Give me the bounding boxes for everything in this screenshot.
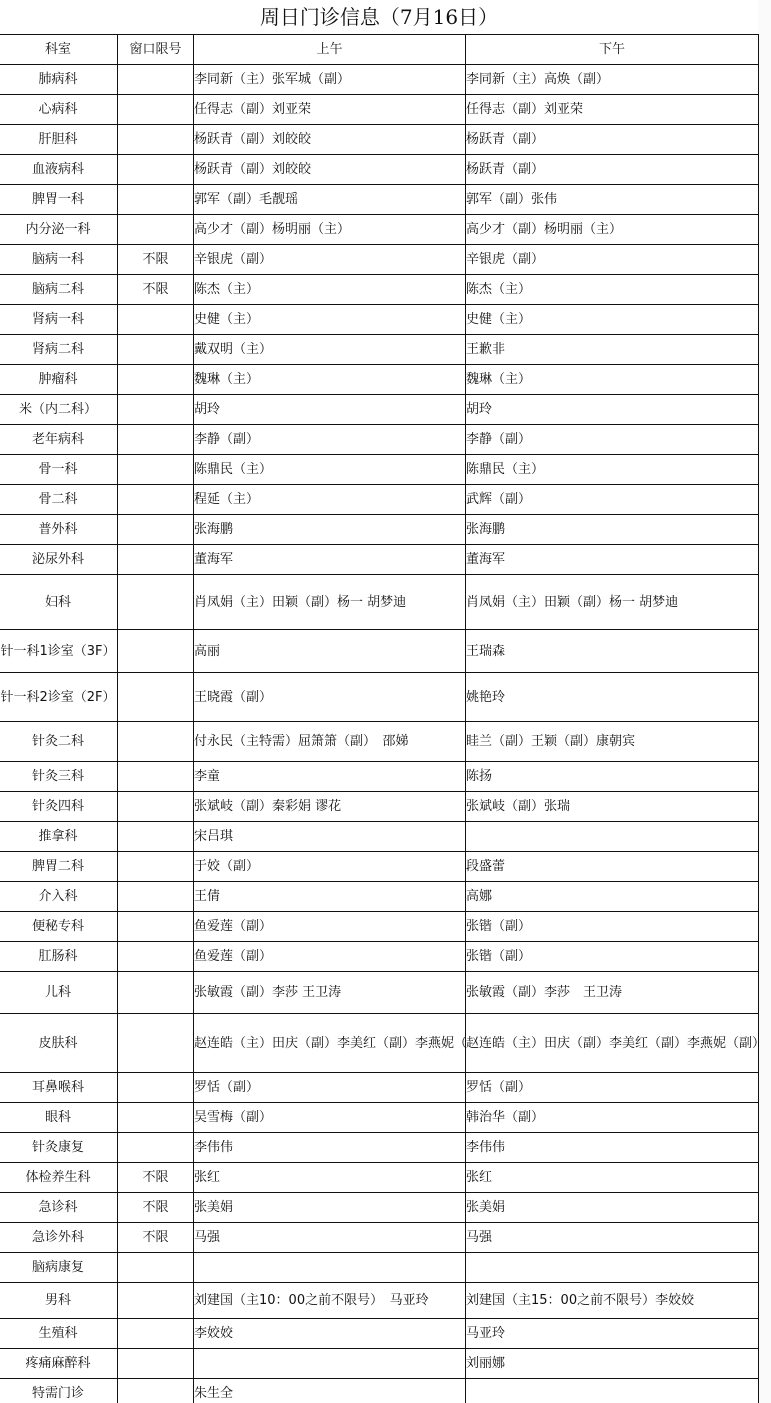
header-morning: 上午: [194, 35, 466, 65]
table-row: 普外科张海鹏张海鹏: [0, 515, 759, 545]
window-limit-cell: [118, 882, 194, 912]
afternoon-doctors-cell: 韩治华（副）: [466, 1103, 759, 1133]
morning-doctors-cell: 朱生全: [194, 1379, 466, 1403]
window-limit-cell: [118, 1283, 194, 1319]
department-cell: 疼痛麻醉科: [0, 1349, 118, 1379]
page-title: 周日门诊信息（7月16日）: [0, 0, 758, 34]
header-window-limit: 窗口限号: [118, 35, 194, 65]
department-cell: 生殖科: [0, 1319, 118, 1349]
department-cell: 老年病科: [0, 425, 118, 455]
department-cell: 肾病一科: [0, 305, 118, 335]
afternoon-doctors-cell: 王瑞森: [466, 630, 759, 673]
afternoon-doctors-cell: 张美娟: [466, 1193, 759, 1223]
table-row: 针灸康复李伟伟李伟伟: [0, 1133, 759, 1163]
afternoon-doctors-cell: [466, 822, 759, 852]
table-row: 脑病康复: [0, 1253, 759, 1283]
department-cell: 血液病科: [0, 155, 118, 185]
department-cell: 米（内二科）: [0, 395, 118, 425]
table-row: 急诊科不限张美娟张美娟: [0, 1193, 759, 1223]
morning-doctors-cell: 高丽: [194, 630, 466, 673]
table-row: 肺病科李同新（主）张军城（副）李同新（主）高焕（副）: [0, 65, 759, 95]
morning-doctors-cell: 于姣（副）: [194, 852, 466, 882]
table-row: 泌尿外科董海军董海军: [0, 545, 759, 575]
afternoon-doctors-cell: 赵连皓（主）田庆（副）李美红（副）李燕妮（副）李晓强（副）: [466, 1014, 759, 1073]
afternoon-doctors-cell: 辛银虎（副）: [466, 245, 759, 275]
window-limit-cell: [118, 425, 194, 455]
department-cell: 肛肠科: [0, 942, 118, 972]
window-limit-cell: 不限: [118, 245, 194, 275]
window-limit-cell: [118, 912, 194, 942]
table-row: 妇科肖凤娟（主）田颖（副）杨一 胡梦迪肖凤娟（主）田颖（副）杨一 胡梦迪: [0, 575, 759, 630]
department-cell: 脑病康复: [0, 1253, 118, 1283]
department-cell: 男科: [0, 1283, 118, 1319]
department-cell: 特需门诊: [0, 1379, 118, 1403]
morning-doctors-cell: 李伟伟: [194, 1133, 466, 1163]
department-cell: 针灸四科: [0, 792, 118, 822]
window-limit-cell: [118, 365, 194, 395]
afternoon-doctors-cell: 魏琳（主）: [466, 365, 759, 395]
department-cell: 心病科: [0, 95, 118, 125]
window-limit-cell: [118, 630, 194, 673]
afternoon-doctors-cell: 王歉非: [466, 335, 759, 365]
table-row: 针一科2诊室（2F）王晓霞（副）姚艳玲: [0, 673, 759, 722]
department-cell: 普外科: [0, 515, 118, 545]
department-cell: 耳鼻喉科: [0, 1073, 118, 1103]
department-cell: 肺病科: [0, 65, 118, 95]
table-row: 内分泌一科高少才（副）杨明丽（主）高少才（副）杨明丽（主）: [0, 215, 759, 245]
department-cell: 介入科: [0, 882, 118, 912]
morning-doctors-cell: 董海军: [194, 545, 466, 575]
afternoon-doctors-cell: 杨跃青（副）: [466, 155, 759, 185]
afternoon-doctors-cell: [466, 1379, 759, 1403]
window-limit-cell: [118, 65, 194, 95]
table-row: 针一科1诊室（3F）高丽王瑞森: [0, 630, 759, 673]
table-row: 针灸二科付永民（主特需）屈箫箫（副） 邵娣眭兰（副）王颖（副）康朝宾: [0, 722, 759, 762]
department-cell: 肿瘤科: [0, 365, 118, 395]
afternoon-doctors-cell: [466, 1253, 759, 1283]
morning-doctors-cell: 鱼爱莲（副）: [194, 942, 466, 972]
department-cell: 内分泌一科: [0, 215, 118, 245]
table-row: 皮肤科赵连皓（主）田庆（副）李美红（副）李燕妮（副）李晓强（副） 邢梦赵连皓（主…: [0, 1014, 759, 1073]
table-row: 针灸四科张斌岐（副）秦彩娟 谬花张斌岐（副）张瑞: [0, 792, 759, 822]
table-row: 生殖科李姣姣马亚玲: [0, 1319, 759, 1349]
window-limit-cell: [118, 1349, 194, 1379]
afternoon-doctors-cell: 杨跃青（副）: [466, 125, 759, 155]
afternoon-doctors-cell: 史健（主）: [466, 305, 759, 335]
table-row: 便秘专科鱼爱莲（副）张锴（副）: [0, 912, 759, 942]
afternoon-doctors-cell: 武辉（副）: [466, 485, 759, 515]
department-cell: 针灸二科: [0, 722, 118, 762]
department-cell: 针灸三科: [0, 762, 118, 792]
window-limit-cell: [118, 972, 194, 1014]
department-cell: 急诊外科: [0, 1223, 118, 1253]
afternoon-doctors-cell: 任得志（副）刘亚荣: [466, 95, 759, 125]
morning-doctors-cell: 张美娟: [194, 1193, 466, 1223]
morning-doctors-cell: 郭军（副）毛靓瑶: [194, 185, 466, 215]
morning-doctors-cell: 陈杰（主）: [194, 275, 466, 305]
morning-doctors-cell: 赵连皓（主）田庆（副）李美红（副）李燕妮（副）李晓强（副） 邢梦: [194, 1014, 466, 1073]
morning-doctors-cell: 魏琳（主）: [194, 365, 466, 395]
afternoon-doctors-cell: 高娜: [466, 882, 759, 912]
afternoon-doctors-cell: 马强: [466, 1223, 759, 1253]
table-row: 推拿科宋吕琪: [0, 822, 759, 852]
morning-doctors-cell: 李童: [194, 762, 466, 792]
morning-doctors-cell: 李同新（主）张军城（副）: [194, 65, 466, 95]
table-row: 脾胃二科于姣（副）段盛蕾: [0, 852, 759, 882]
afternoon-doctors-cell: 张海鹏: [466, 515, 759, 545]
window-limit-cell: [118, 1103, 194, 1133]
afternoon-doctors-cell: 姚艳玲: [466, 673, 759, 722]
window-limit-cell: [118, 792, 194, 822]
afternoon-doctors-cell: 段盛蕾: [466, 852, 759, 882]
morning-doctors-cell: 马强: [194, 1223, 466, 1253]
morning-doctors-cell: 罗恬（副）: [194, 1073, 466, 1103]
window-limit-cell: [118, 762, 194, 792]
header-afternoon: 下午: [466, 35, 759, 65]
morning-doctors-cell: 辛银虎（副）: [194, 245, 466, 275]
window-limit-cell: [118, 1014, 194, 1073]
window-limit-cell: [118, 673, 194, 722]
table-row: 血液病科杨跃青（副）刘皎皎杨跃青（副）: [0, 155, 759, 185]
department-cell: 骨一科: [0, 455, 118, 485]
table-row: 眼科吴雪梅（副）韩治华（副）: [0, 1103, 759, 1133]
table-row: 骨二科程延（主）武辉（副）: [0, 485, 759, 515]
window-limit-cell: [118, 95, 194, 125]
table-row: 脑病一科不限辛银虎（副）辛银虎（副）: [0, 245, 759, 275]
morning-doctors-cell: 李姣姣: [194, 1319, 466, 1349]
window-limit-cell: 不限: [118, 1223, 194, 1253]
afternoon-doctors-cell: 胡玲: [466, 395, 759, 425]
header-dept: 科室: [0, 35, 118, 65]
afternoon-doctors-cell: 李静（副）: [466, 425, 759, 455]
afternoon-doctors-cell: 郭军（副）张伟: [466, 185, 759, 215]
window-limit-cell: [118, 942, 194, 972]
afternoon-doctors-cell: 罗恬（副）: [466, 1073, 759, 1103]
morning-doctors-cell: [194, 1253, 466, 1283]
morning-doctors-cell: 戴双明（主）: [194, 335, 466, 365]
page-margin: [758, 0, 771, 1403]
morning-doctors-cell: 史健（主）: [194, 305, 466, 335]
window-limit-cell: [118, 395, 194, 425]
window-limit-cell: [118, 485, 194, 515]
afternoon-doctors-cell: 张锴（副）: [466, 912, 759, 942]
morning-doctors-cell: 张斌岐（副）秦彩娟 谬花: [194, 792, 466, 822]
department-cell: 针灸康复: [0, 1133, 118, 1163]
afternoon-doctors-cell: 李伟伟: [466, 1133, 759, 1163]
table-row: 疼痛麻醉科刘丽娜: [0, 1349, 759, 1379]
table-row: 肾病二科戴双明（主）王歉非: [0, 335, 759, 365]
department-cell: 推拿科: [0, 822, 118, 852]
afternoon-doctors-cell: 陈鼎民（主）: [466, 455, 759, 485]
department-cell: 骨二科: [0, 485, 118, 515]
afternoon-doctors-cell: 张斌岐（副）张瑞: [466, 792, 759, 822]
morning-doctors-cell: 王倩: [194, 882, 466, 912]
afternoon-doctors-cell: 眭兰（副）王颖（副）康朝宾: [466, 722, 759, 762]
window-limit-cell: [118, 1253, 194, 1283]
department-cell: 脑病二科: [0, 275, 118, 305]
morning-doctors-cell: 吴雪梅（副）: [194, 1103, 466, 1133]
morning-doctors-cell: 高少才（副）杨明丽（主）: [194, 215, 466, 245]
table-row: 肛肠科鱼爱莲（副）张锴（副）: [0, 942, 759, 972]
window-limit-cell: [118, 215, 194, 245]
window-limit-cell: [118, 305, 194, 335]
table-row: 心病科任得志（副）刘亚荣任得志（副）刘亚荣: [0, 95, 759, 125]
window-limit-cell: [118, 455, 194, 485]
table-row: 肝胆科杨跃青（副）刘皎皎杨跃青（副）: [0, 125, 759, 155]
morning-doctors-cell: 任得志（副）刘亚荣: [194, 95, 466, 125]
morning-doctors-cell: 张敏霞（副）李莎 王卫涛: [194, 972, 466, 1014]
department-cell: 便秘专科: [0, 912, 118, 942]
afternoon-doctors-cell: 李同新（主）高焕（副）: [466, 65, 759, 95]
morning-doctors-cell: 杨跃青（副）刘皎皎: [194, 125, 466, 155]
table-row: 特需门诊朱生全: [0, 1379, 759, 1403]
department-cell: 妇科: [0, 575, 118, 630]
afternoon-doctors-cell: 董海军: [466, 545, 759, 575]
window-limit-cell: [118, 515, 194, 545]
window-limit-cell: [118, 1073, 194, 1103]
table-row: 脾胃一科郭军（副）毛靓瑶郭军（副）张伟: [0, 185, 759, 215]
department-cell: 肾病二科: [0, 335, 118, 365]
morning-doctors-cell: 肖凤娟（主）田颖（副）杨一 胡梦迪: [194, 575, 466, 630]
table-row: 针灸三科李童陈扬: [0, 762, 759, 792]
morning-doctors-cell: 张红: [194, 1163, 466, 1193]
window-limit-cell: 不限: [118, 275, 194, 305]
morning-doctors-cell: 付永民（主特需）屈箫箫（副） 邵娣: [194, 722, 466, 762]
table-row: 体检养生科不限张红张红: [0, 1163, 759, 1193]
window-limit-cell: [118, 185, 194, 215]
window-limit-cell: 不限: [118, 1163, 194, 1193]
table-row: 儿科张敏霞（副）李莎 王卫涛张敏霞（副）李莎 王卫涛: [0, 972, 759, 1014]
table-row: 耳鼻喉科罗恬（副）罗恬（副）: [0, 1073, 759, 1103]
morning-doctors-cell: 胡玲: [194, 395, 466, 425]
table-header-row: 科室 窗口限号 上午 下午: [0, 35, 759, 65]
morning-doctors-cell: 程延（主）: [194, 485, 466, 515]
afternoon-doctors-cell: 张锴（副）: [466, 942, 759, 972]
afternoon-doctors-cell: 刘丽娜: [466, 1349, 759, 1379]
clinic-schedule-table: 科室 窗口限号 上午 下午 肺病科李同新（主）张军城（副）李同新（主）高焕（副）…: [0, 34, 759, 1403]
window-limit-cell: [118, 1379, 194, 1403]
department-cell: 针一科2诊室（2F）: [0, 673, 118, 722]
table-row: 脑病二科不限陈杰（主）陈杰（主）: [0, 275, 759, 305]
afternoon-doctors-cell: 陈扬: [466, 762, 759, 792]
department-cell: 脑病一科: [0, 245, 118, 275]
afternoon-doctors-cell: 张敏霞（副）李莎 王卫涛: [466, 972, 759, 1014]
table-row: 急诊外科不限马强马强: [0, 1223, 759, 1253]
table-row: 男科刘建国（主10：00之前不限号） 马亚玲刘建国（主15：00之前不限号）李姣…: [0, 1283, 759, 1319]
table-row: 介入科王倩高娜: [0, 882, 759, 912]
afternoon-doctors-cell: 马亚玲: [466, 1319, 759, 1349]
afternoon-doctors-cell: 陈杰（主）: [466, 275, 759, 305]
department-cell: 急诊科: [0, 1193, 118, 1223]
afternoon-doctors-cell: 刘建国（主15：00之前不限号）李姣姣: [466, 1283, 759, 1319]
morning-doctors-cell: 陈鼎民（主）: [194, 455, 466, 485]
table-row: 米（内二科）胡玲胡玲: [0, 395, 759, 425]
morning-doctors-cell: 刘建国（主10：00之前不限号） 马亚玲: [194, 1283, 466, 1319]
table-row: 老年病科李静（副）李静（副）: [0, 425, 759, 455]
table-row: 肾病一科史健（主）史健（主）: [0, 305, 759, 335]
department-cell: 儿科: [0, 972, 118, 1014]
department-cell: 眼科: [0, 1103, 118, 1133]
department-cell: 肝胆科: [0, 125, 118, 155]
afternoon-doctors-cell: 高少才（副）杨明丽（主）: [466, 215, 759, 245]
table-row: 肿瘤科魏琳（主）魏琳（主）: [0, 365, 759, 395]
window-limit-cell: [118, 822, 194, 852]
morning-doctors-cell: 李静（副）: [194, 425, 466, 455]
table-row: 骨一科陈鼎民（主）陈鼎民（主）: [0, 455, 759, 485]
morning-doctors-cell: 王晓霞（副）: [194, 673, 466, 722]
department-cell: 脾胃二科: [0, 852, 118, 882]
window-limit-cell: [118, 155, 194, 185]
department-cell: 体检养生科: [0, 1163, 118, 1193]
department-cell: 脾胃一科: [0, 185, 118, 215]
department-cell: 针一科1诊室（3F）: [0, 630, 118, 673]
afternoon-doctors-cell: 张红: [466, 1163, 759, 1193]
afternoon-doctors-cell: 肖凤娟（主）田颖（副）杨一 胡梦迪: [466, 575, 759, 630]
morning-doctors-cell: 杨跃青（副）刘皎皎: [194, 155, 466, 185]
window-limit-cell: [118, 852, 194, 882]
window-limit-cell: [118, 722, 194, 762]
morning-doctors-cell: 宋吕琪: [194, 822, 466, 852]
department-cell: 皮肤科: [0, 1014, 118, 1073]
window-limit-cell: [118, 125, 194, 155]
morning-doctors-cell: 鱼爱莲（副）: [194, 912, 466, 942]
window-limit-cell: [118, 545, 194, 575]
morning-doctors-cell: [194, 1349, 466, 1379]
window-limit-cell: [118, 335, 194, 365]
department-cell: 泌尿外科: [0, 545, 118, 575]
window-limit-cell: [118, 1133, 194, 1163]
window-limit-cell: 不限: [118, 1193, 194, 1223]
window-limit-cell: [118, 1319, 194, 1349]
morning-doctors-cell: 张海鹏: [194, 515, 466, 545]
window-limit-cell: [118, 575, 194, 630]
